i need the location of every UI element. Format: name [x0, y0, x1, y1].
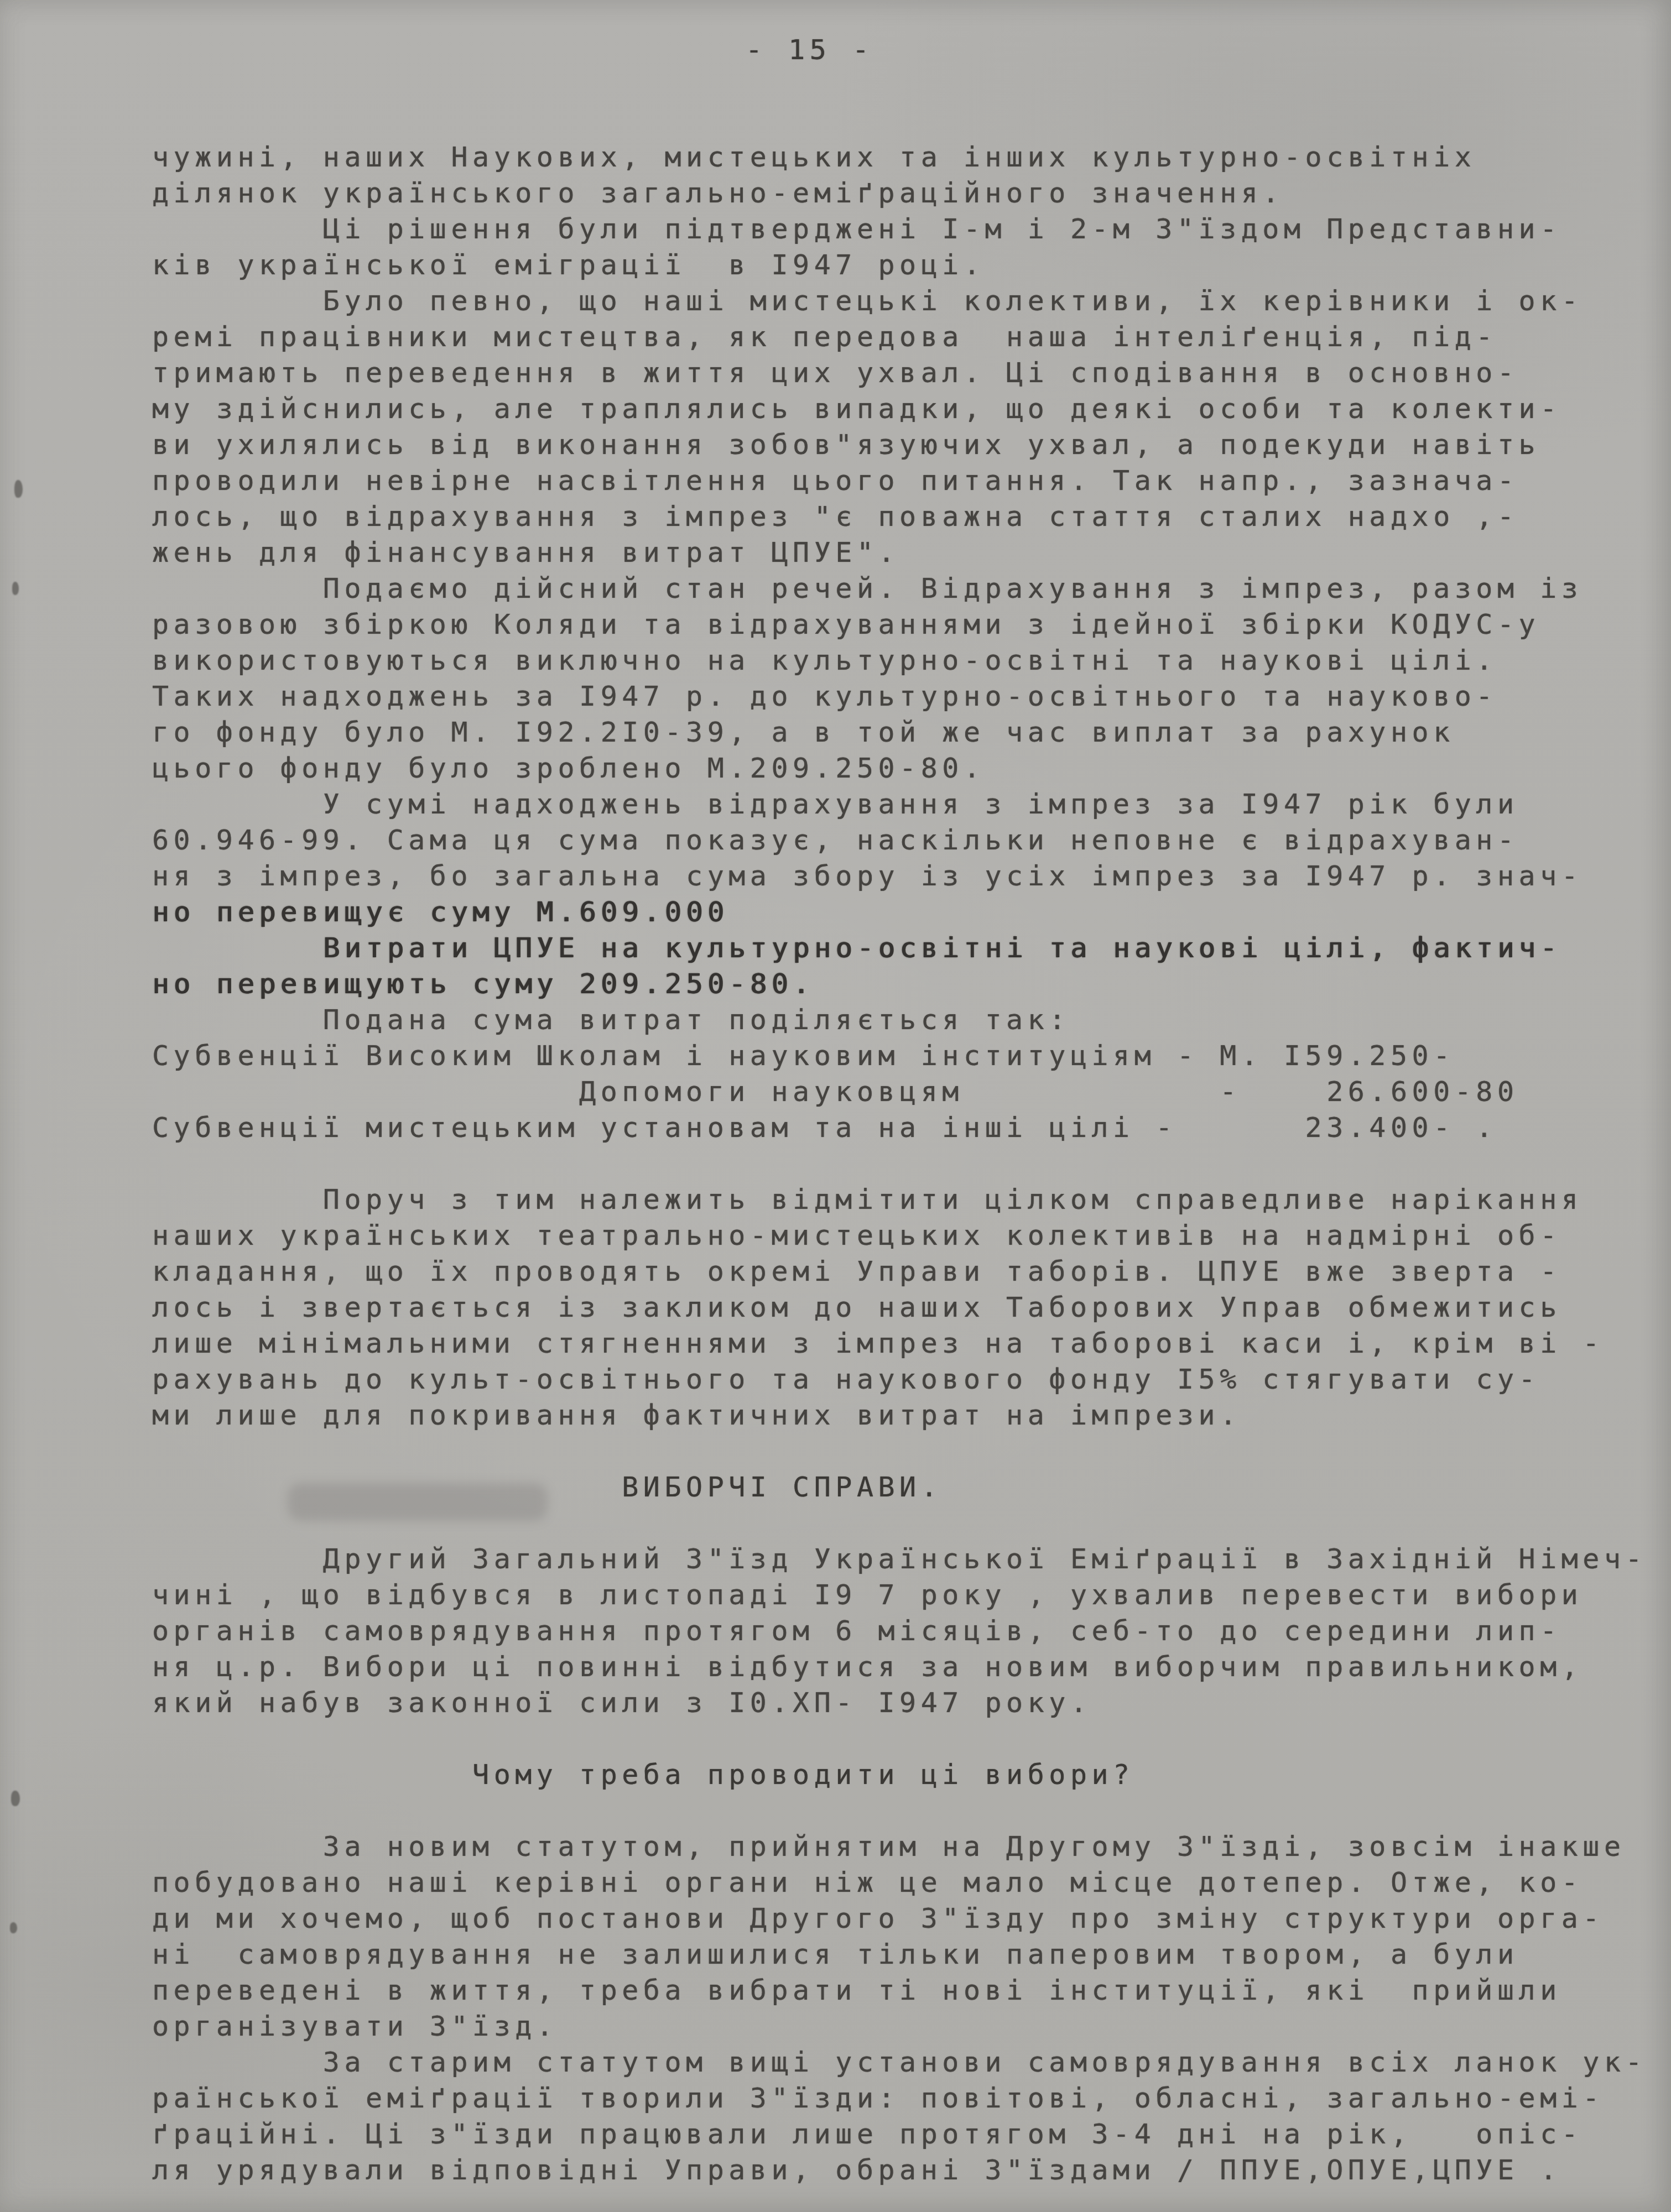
- ledger-line: Субвенції Високим Школам і науковим інст…: [152, 1038, 1668, 1074]
- text-line: За старим статутом вищі установи самовря…: [152, 2044, 1668, 2080]
- text-line: ня з імпрез, бо загальна сума збору із у…: [152, 858, 1668, 894]
- text-line: Витрати ЦПУЕ на культурно-освітні та нау…: [152, 930, 1668, 966]
- text-line: Поруч з тим належить відмітити цілком сп…: [152, 1182, 1668, 1218]
- scan-speck: [12, 582, 19, 595]
- text-line: У сумі надходжень відрахування з імпрез …: [152, 786, 1668, 822]
- text-line: разовою збіркою Коляди та відрахуваннями…: [152, 607, 1668, 643]
- scanned-page: - 15 - чужині, наших Наукових, мистецьки…: [0, 0, 1671, 2212]
- text-line: жень для фінансування витрат ЦПУЕ".: [152, 535, 1668, 571]
- text-line: лише мінімальними стягненнями з імпрез н…: [152, 1326, 1668, 1361]
- text-line: ня ц.р. Вибори ці повинні відбутися за н…: [152, 1649, 1668, 1685]
- text-line: ні самоврядування не залишилися тільки п…: [152, 1937, 1668, 1973]
- text-line: використовуються виключно на культурно-о…: [152, 643, 1668, 679]
- text-line: лось, що відрахування з імпрез "є поважн…: [152, 499, 1668, 535]
- text-line: ків української еміграції в I947 році.: [152, 247, 1668, 283]
- text-line: рахувань до культ-освітнього та науковог…: [152, 1361, 1668, 1397]
- ledger-line: Допомоги науковцям - 26.600-80: [152, 1074, 1668, 1110]
- scan-ink-smudge: [288, 1483, 548, 1521]
- text-line: цього фонду було зроблено М.209.250-80.: [152, 750, 1668, 786]
- text-line: но перевищують суму 209.250-80.: [152, 966, 1668, 1002]
- text-line: ґраційні. Ці з"їзди працювали лише протя…: [152, 2116, 1668, 2152]
- text-line: наших українських театрально-мистецьких …: [152, 1218, 1668, 1254]
- text-line: Таких надходжень за I947 р. до культурно…: [152, 679, 1668, 714]
- text-line: За новим статутом, прийнятим на Другому …: [152, 1829, 1668, 1865]
- scan-speck: [14, 480, 23, 498]
- text-line: 60.946-99. Сама ця сума показує, наскіль…: [152, 822, 1668, 858]
- text-line: Подаємо дійсний стан речей. Відрахування…: [152, 571, 1668, 607]
- text-line: тримають переведення в життя цих ухвал. …: [152, 355, 1668, 391]
- text-line: ди ми хочемо, щоб постанови Другого З"їз…: [152, 1901, 1668, 1937]
- text-line: [152, 1146, 1668, 1182]
- text-line: Ці рішення були підтверджені I-м і 2-м З…: [152, 211, 1668, 247]
- text-line: органів самоврядування протягом 6 місяці…: [152, 1613, 1668, 1649]
- text-line: раїнської еміґрації творили З"їзди: пові…: [152, 2080, 1668, 2116]
- ledger-line: Субвенції мистецьким установам та на інш…: [152, 1110, 1668, 1146]
- text-line: побудовано наші керівні органи ніж це ма…: [152, 1865, 1668, 1901]
- subsection-heading: Чому треба проводити ці вибори?: [152, 1757, 1668, 1793]
- text-line: ремі працівники мистецтва, як передова н…: [152, 319, 1668, 355]
- text-line: ви ухилялись від виконання зобов"язуючих…: [152, 427, 1668, 463]
- text-line: му здійснились, але траплялись випадки, …: [152, 391, 1668, 427]
- text-line: Другий Загальний З"їзд Української Еміґр…: [152, 1541, 1668, 1577]
- page-number: - 15 -: [746, 32, 874, 68]
- scan-speck: [10, 1922, 17, 1933]
- text-line: но перевищує суму М.609.000: [152, 894, 1668, 930]
- text-line: го фонду було М. I92.2I0-39, а в той же …: [152, 714, 1668, 750]
- text-line: ля урядували відповідні Управи, обрані З…: [152, 2152, 1668, 2188]
- text-line: [152, 1721, 1668, 1757]
- text-line: лось і звертається із закликом до наших …: [152, 1290, 1668, 1326]
- text-line: [152, 1793, 1668, 1829]
- text-line: чині , що відбувся в листопаді I9 7 року…: [152, 1577, 1668, 1613]
- text-line: ми лише для покривання фактичних витрат …: [152, 1397, 1668, 1433]
- text-line: проводили невірне насвітлення цього пита…: [152, 463, 1668, 499]
- text-line: який набув законної сили з I0.ХП- I947 р…: [152, 1685, 1668, 1721]
- text-line: Було певно, що наші мистецькі колективи,…: [152, 283, 1668, 319]
- text-line: ділянок українського загально-еміґраційн…: [152, 175, 1668, 211]
- text-line: організувати З"їзд.: [152, 2008, 1668, 2044]
- scan-speck: [11, 1791, 20, 1806]
- document-body: чужині, наших Наукових, мистецьких та ін…: [152, 139, 1668, 2188]
- text-line: чужині, наших Наукових, мистецьких та ін…: [152, 139, 1668, 175]
- text-line: Подана сума витрат поділяється так:: [152, 1002, 1668, 1038]
- text-line: кладання, що їх проводять окремі Управи …: [152, 1254, 1668, 1290]
- text-line: переведені в життя, треба вибрати ті нов…: [152, 1973, 1668, 2008]
- text-line: [152, 1433, 1668, 1469]
